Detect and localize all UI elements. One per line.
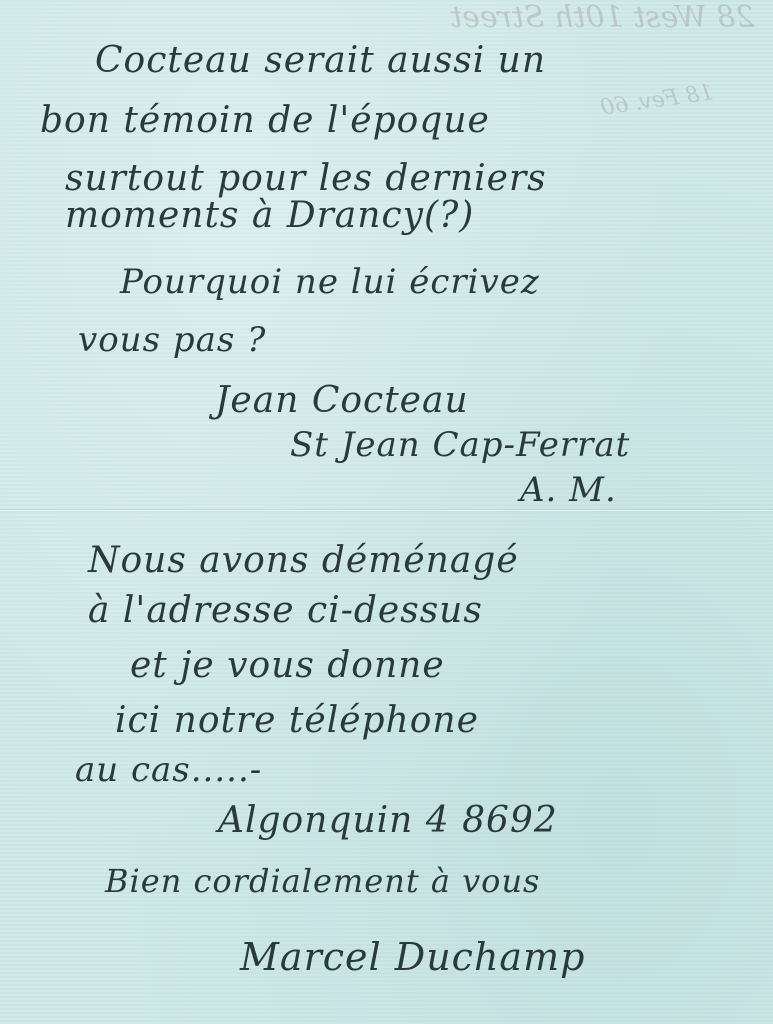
phone-number: Algonquin 4 8692 <box>218 800 558 841</box>
signature: Marcel Duchamp <box>240 935 585 979</box>
letter-line-6: vous pas ? <box>78 320 266 360</box>
letter-line-10: Nous avons déménagé <box>88 540 519 581</box>
bleed-through-date: 18 Fev. 60 <box>599 80 715 121</box>
letter-line-8: St Jean Cap-Ferrat <box>290 425 630 465</box>
closing-salutation: Bien cordialement à vous <box>105 862 540 900</box>
letter-line-4: moments à Drancy(?) <box>65 195 474 236</box>
letter-line-1: Cocteau serait aussi un <box>95 40 546 81</box>
letter-line-7: Jean Cocteau <box>215 380 469 421</box>
letter-line-9: A. M. <box>520 470 617 510</box>
letter-line-13: ici notre téléphone <box>115 700 479 741</box>
letter-line-2: bon témoin de l'époque <box>40 100 490 141</box>
letter-line-5: Pourquoi ne lui écrivez <box>120 262 540 302</box>
letter-line-12: et je vous donne <box>130 645 445 686</box>
letter-page: 28 West 10th Street 18 Fev. 60 Cocteau s… <box>0 0 773 1024</box>
letter-line-14: au cas.....- <box>75 750 262 790</box>
letter-line-3: surtout pour les derniers <box>65 158 547 199</box>
letter-line-11: à l'adresse ci-dessus <box>88 590 483 631</box>
bleed-through-address: 28 West 10th Street <box>450 0 754 35</box>
paper-fold-line <box>0 509 773 512</box>
